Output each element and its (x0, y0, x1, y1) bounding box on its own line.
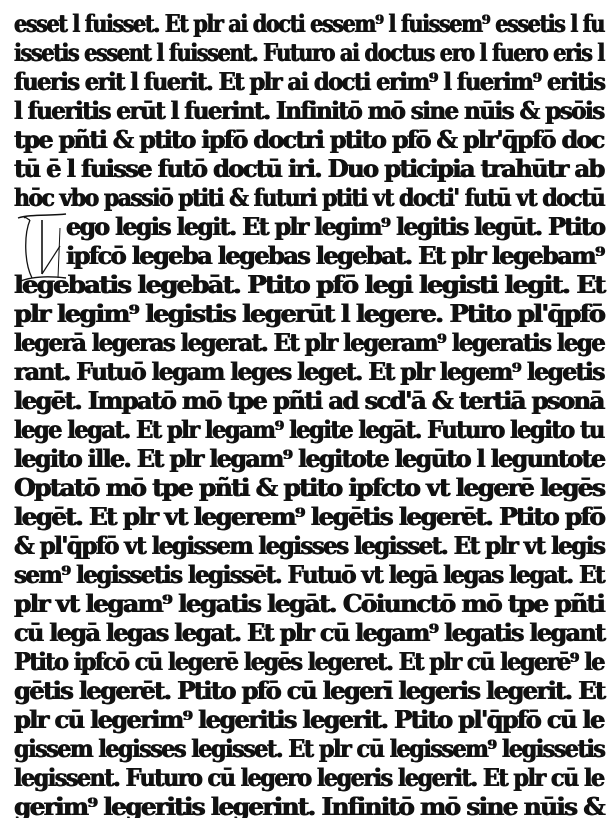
text-line-5: tpe pñti & ptito ipfō doctri ptito pfō &… (14, 124, 604, 156)
text-line-15: lege legat. Et plr legam⁹ legite legāt. … (14, 414, 604, 446)
text-line-16: legito ille. Et plr legam⁹ legitote legū… (14, 443, 604, 475)
text-line-21: plr vt legam⁹ legatis legāt. Cōiunctō mō… (14, 588, 604, 620)
text-line-17: Optatō mō tpe pñti & ptito ipfcto vt leg… (14, 472, 604, 504)
text-line-19: & pl'q̄pfō vt legissem legisses legisset… (14, 530, 604, 562)
document-page: esset l fuisset. Et plr ai docti essem⁹ … (14, 8, 604, 813)
text-line-7: hōc vbo passiō ptiti & futuri ptiti vt d… (14, 182, 604, 214)
text-line-13: rant. Futuō legam leges leget. Et plr le… (14, 356, 604, 388)
text-line-25: plr cū legerim⁹ legeritis legerit. Ptito… (14, 704, 604, 736)
text-line-14: legēt. Impatō mō tpe pñti ad scd'ā & ter… (14, 385, 604, 417)
text-line-22: cū legā legas legat. Et plr cū legam⁹ le… (14, 617, 604, 649)
text-line-9: ipfcō legeba legebas legebat. Et plr leg… (66, 240, 604, 272)
text-line-1: esset l fuisset. Et plr ai docti essem⁹ … (14, 8, 604, 40)
text-line-10: legebatis legebāt. Ptito pfō legi legist… (14, 269, 604, 301)
text-line-27: legissent. Futuro cū legero legeris lege… (14, 762, 604, 794)
text-line-12: legerā legeras legerat. Et plr legeram⁹ … (14, 327, 604, 359)
text-line-2: issetis essent l fuissent. Futuro ai doc… (14, 37, 604, 69)
text-line-18: legēt. Et plr vt legerem⁹ legētis legerē… (14, 501, 604, 533)
text-line-8: ego legis legit. Et plr legim⁹ legitis l… (66, 211, 604, 243)
text-line-11: plr legim⁹ legistis legerūt l legere. Pt… (14, 298, 604, 330)
text-line-4: l fueritis erūt l fuerint. Infinitō mō s… (14, 95, 604, 127)
text-line-28: gerim⁹ legeritis legerint. Infinitō mō s… (14, 791, 604, 818)
text-line-24: gētis legerēt. Ptito pfō cū legerī leger… (14, 675, 604, 707)
text-line-23: Ptito ipfcō cū legerē legēs legeret. Et … (14, 646, 604, 678)
text-line-6: tū ē l fuisse futō doctū iri. Duo pticip… (14, 153, 604, 185)
text-line-3: fueris erit l fuerit. Et plr ai docti er… (14, 66, 604, 98)
text-line-26: gissem legisses legisset. Et plr cū legi… (14, 733, 604, 765)
text-line-20: sem⁹ legissetis legissēt. Futuō vt legā … (14, 559, 604, 591)
